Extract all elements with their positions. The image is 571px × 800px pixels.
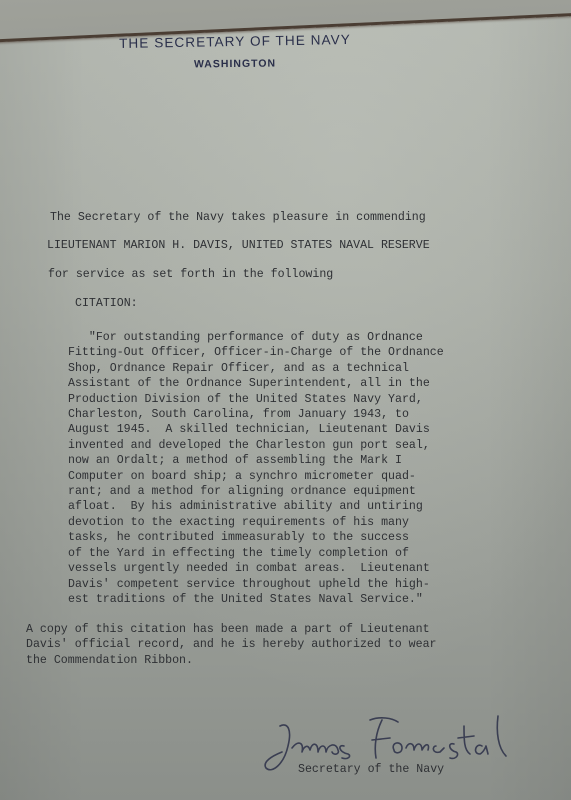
citation-line: rant; and a method for aligning ordnance… xyxy=(68,484,444,499)
citation-line: est traditions of the United States Nava… xyxy=(68,592,444,607)
intro-service-line: for service as set forth in the followin… xyxy=(48,267,333,282)
citation-line: Davis' competent service throughout uphe… xyxy=(68,577,444,592)
citation-body: "For outstanding performance of duty as … xyxy=(68,330,444,607)
closing-line: the Commendation Ribbon. xyxy=(26,653,437,668)
citation-line: devotion to the exacting requirements of… xyxy=(68,515,444,530)
citation-line: Shop, Ordnance Repair Officer, and as a … xyxy=(68,361,444,376)
citation-line: now an Ordalt; a method of assembling th… xyxy=(68,453,444,468)
citation-line: Production Division of the United States… xyxy=(68,392,444,407)
citation-line: August 1945. A skilled technician, Lieut… xyxy=(68,422,444,437)
closing-paragraph: A copy of this citation has been made a … xyxy=(26,622,437,668)
citation-line: Assistant of the Ordnance Superintendent… xyxy=(68,376,444,391)
citation-line: afloat. By his administrative ability an… xyxy=(68,499,444,514)
citation-line: tasks, he contributed immeasurably to th… xyxy=(68,530,444,545)
citation-line: of the Yard in effecting the timely comp… xyxy=(68,546,444,561)
citation-heading: CITATION: xyxy=(75,296,138,311)
closing-line: A copy of this citation has been made a … xyxy=(26,622,437,637)
citation-line: Charleston, South Carolina, from January… xyxy=(68,407,444,422)
citation-line: Fitting-Out Officer, Officer-in-Charge o… xyxy=(68,345,444,360)
citation-line: invented and developed the Charleston gu… xyxy=(68,438,444,453)
recipient-line: LIEUTENANT MARION H. DAVIS, UNITED STATE… xyxy=(47,238,430,253)
intro-line: The Secretary of the Navy takes pleasure… xyxy=(50,210,426,225)
closing-line: Davis' official record, and he is hereby… xyxy=(26,637,437,652)
citation-line: "For outstanding performance of duty as … xyxy=(68,330,444,345)
signer-title: Secretary of the Navy xyxy=(298,762,444,777)
citation-line: Computer on board ship; a synchro microm… xyxy=(68,469,444,484)
citation-line: vessels urgently needed in combat areas.… xyxy=(68,561,444,576)
